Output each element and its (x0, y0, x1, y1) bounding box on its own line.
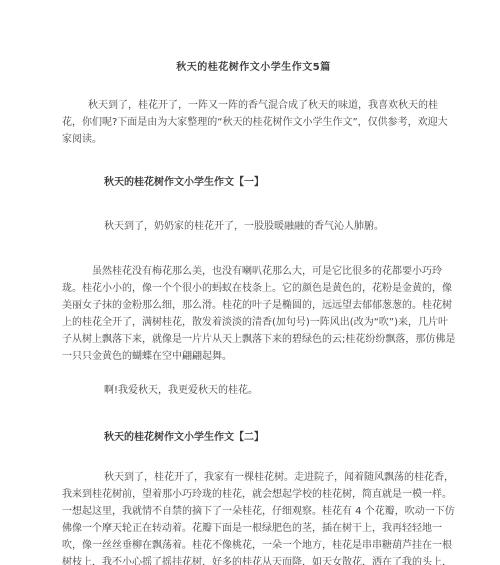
paragraph-line: 家阅读。 (62, 131, 445, 148)
section-1-paragraph-1: 秋天到了，奶奶家的桂花开了，一股股暖融融的香气沁人肺腑。 (62, 218, 445, 235)
essay-title: 秋天的桂花树作文小学生作文5篇 (62, 59, 445, 76)
section-1-paragraph-3: 啊!我爱秋天，我更爱秋天的桂花。 (62, 382, 445, 399)
paragraph-line: 一想起这里，我就情不自禁的摘下了一朵桂花，仔细观察。桂花有 4 个花瓣，吹动一下… (62, 503, 445, 520)
paragraph-line: 树枝上，我不小心摇了摇挂花树，好多的桂花从天而降，如天女散花，洒在了我的头上， (62, 554, 445, 565)
paragraph-line: 一只只金黄色的蝴蝶在空中翩翩起舞。 (62, 348, 445, 365)
section-1-heading: 秋天的桂花树作文小学生作文【一】 (62, 174, 445, 191)
paragraph-line: 我来到桂花树前，望着那小巧玲珑的桂花，就会想起学校的桂花树，简直就是一模一样。 (62, 486, 445, 503)
paragraph-line: 秋天到了，桂花开了，一阵又一阵的香气混合成了秋天的味道，我喜欢秋天的桂 (62, 97, 445, 114)
section-2-heading: 秋天的桂花树作文小学生作文【二】 (62, 429, 445, 446)
paragraph-line: 佛像一个摩天轮正在转动着。花瓣下面是一根绿肥色的茎，插在树干上，我再轻轻地一 (62, 520, 445, 537)
document-page: 秋天的桂花树作文小学生作文5篇 秋天到了，桂花开了，一阵又一阵的香气混合成了秋天… (0, 0, 500, 565)
paragraph-line: 啊!我爱秋天，我更爱秋天的桂花。 (62, 382, 445, 399)
paragraph-line: 秋天到了，奶奶家的桂花开了，一股股暖融融的香气沁人肺腑。 (62, 218, 445, 235)
intro-paragraph: 秋天到了，桂花开了，一阵又一阵的香气混合成了秋天的味道，我喜欢秋天的桂花，你们呢… (62, 97, 445, 148)
paragraph-line: 吹，像一丝丝垂柳在飘荡着。桂花不像桃花，一朵一个地方，桂花是串串糖葫芦挂在一根 (62, 537, 445, 554)
section-1-paragraph-2: 虽然桂花没有梅花那么美，也没有喇叭花那么大，可是它比很多的花都要小巧玲珑。桂花小… (62, 263, 445, 365)
paragraph-line: 上的桂花全开了，满树桂花，散发着淡淡的清香(加句号)一阵风出(改为“吹”)来，几… (62, 314, 445, 331)
paragraph-line: 秋天到了，桂花开了，我家有一棵桂花树。走进院子，闻着随风飘荡的桂花香， (62, 469, 445, 486)
paragraph-line: 虽然桂花没有梅花那么美，也没有喇叭花那么大，可是它比很多的花都要小巧玲 (62, 263, 445, 280)
paragraph-line: 美丽女子抹的金粉那么细，那么滑。桂花的叶子是椭圆的，远远望去郁郁葱葱的。桂花树 (62, 297, 445, 314)
paragraph-line: 子从树上飘落下来，就像是一片片从天上飘落下来的碧绿色的云;桂花纷纷飘落，那仿佛是 (62, 331, 445, 348)
paragraph-line: 珑。桂花小小的，像一个个很小的蚂蚁在枝条上。它的颜色是黄色的，花粉是金黄的，像 (62, 280, 445, 297)
section-2-paragraph-1: 秋天到了，桂花开了，我家有一棵桂花树。走进院子，闻着随风飘荡的桂花香，我来到桂花… (62, 469, 445, 565)
paragraph-line: 花，你们呢?下面是由为大家整理的“秋天的桂花树作文小学生作文”，仅供参考，欢迎大 (62, 114, 445, 131)
